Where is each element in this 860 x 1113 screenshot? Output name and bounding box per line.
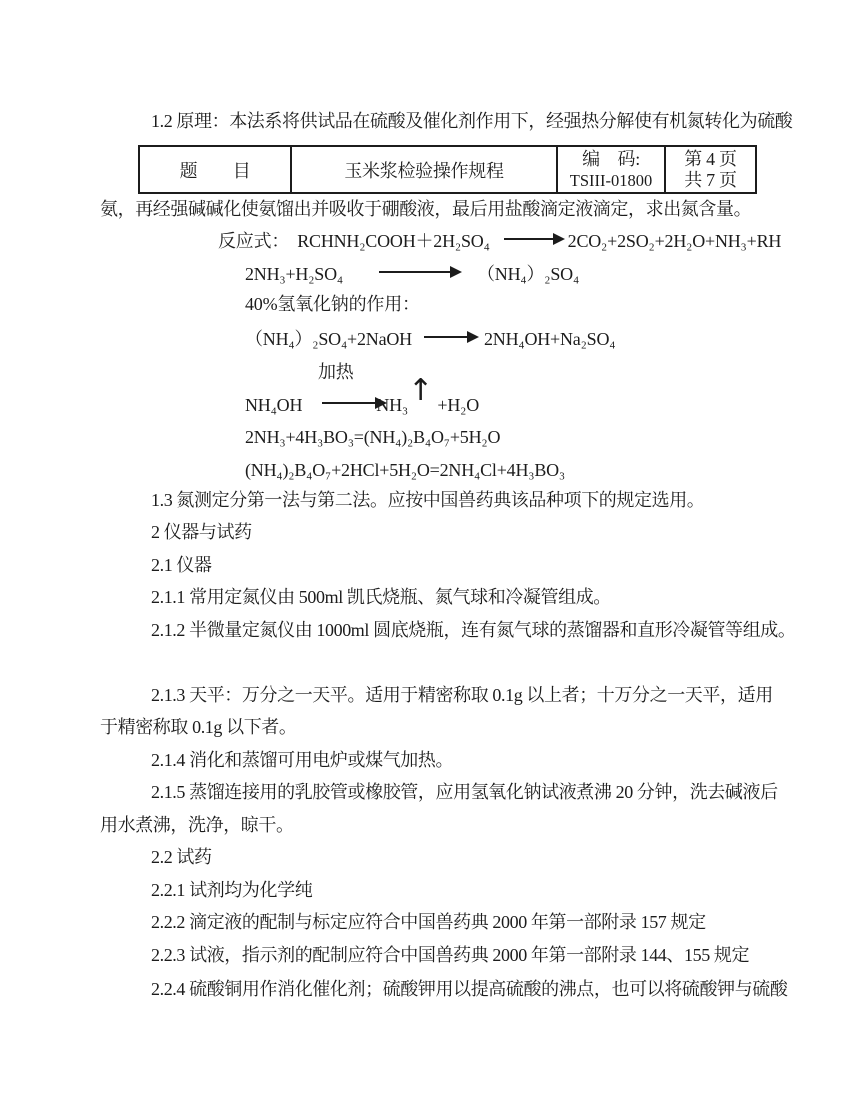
- formula-2-rhs: （NH₄）₂SO₄: [477, 263, 579, 285]
- formula-4-rhs-b: +H₂O: [437, 394, 479, 416]
- section-2-1-2: 2.1.2 半微量定氮仪由 1000ml 圆底烧瓶，连有氮气球的蒸馏器和直形冷凝…: [151, 619, 796, 641]
- naoh-note: 40%氢氧化钠的作用：: [245, 294, 420, 314]
- formula-5-text: 2NH₃+4H₃BO₃=(NH₄)₂B₄O₇+5H₂O: [245, 427, 500, 447]
- header-title-label: 题 目: [180, 161, 251, 181]
- reaction-arrow-icon: [322, 402, 376, 404]
- section-1-3: 1.3 氮测定分第一法与第二法。应按中国兽药典该品种项下的规定选用。: [151, 489, 704, 511]
- principle-line-1: 1.2 原理：本法系将供试品在硫酸及催化剂作用下，经强热分解使有机氮转化为硫酸: [151, 110, 792, 132]
- formula-2-lhs: 2NH₃+H₂SO₄: [245, 263, 343, 285]
- code-value: TSIII-01800: [558, 170, 664, 191]
- section-2-1-4: 2.1.4 消化和蒸馏可用电炉或煤气加热。: [151, 749, 453, 771]
- code-label: 编 码:: [558, 149, 664, 170]
- formula-6-text: (NH₄)₂B₄O₇+2HCl+5H₂O=2NH₄Cl+4H₃BO₃: [245, 460, 565, 480]
- formula-3-rhs: 2NH₄OH+Na₂SO₄: [484, 328, 615, 350]
- section-2-2-heading: 2.2 试药: [151, 846, 212, 868]
- document-title: 玉米浆检验操作规程: [344, 161, 503, 181]
- section-2-2-3: 2.2.3 试液，指示剂的配制应符合中国兽药典 2000 年第一部附录 144、…: [151, 944, 749, 966]
- page-number: 第 4 页: [666, 149, 755, 170]
- header-page-cell: 第 4 页 共 7 页: [665, 146, 756, 193]
- section-2-2-2: 2.2.2 滴定液的配制与标定应符合中国兽药典 2000 年第一部附录 157 …: [151, 911, 706, 933]
- header-title-cell: 玉米浆检验操作规程: [291, 146, 557, 193]
- section-2-2-1: 2.2.1 试剂均为化学纯: [151, 879, 312, 901]
- page-total: 共 7 页: [666, 170, 755, 191]
- formula-4-lhs: NH₄OH: [245, 394, 302, 416]
- section-2-1-heading: 2.1 仪器: [151, 554, 212, 576]
- section-2-1-3-line-2: 于精密称取 0.1g 以下者。: [100, 716, 297, 738]
- reaction-formula-4: NH₄OHNH₃↑ +H₂O: [245, 392, 479, 416]
- document-header-table: 题 目 玉米浆检验操作规程 编 码: TSIII-01800 第 4 页 共 7…: [138, 145, 757, 194]
- reaction-formula-2: 2NH₃+H₂SO₄（NH₄）₂SO₄: [245, 261, 579, 285]
- formula-3-lhs: （NH₄）₂SO₄+2NaOH: [245, 328, 412, 350]
- reaction-formula-5: 2NH₃+4H₃BO₃=(NH₄)₂B₄O₇+5H₂O: [245, 426, 500, 448]
- section-2-1-1: 2.1.1 常用定氮仪由 500ml 凯氏烧瓶、氮气球和冷凝管组成。: [151, 586, 611, 608]
- reaction-arrow-icon: [379, 271, 451, 273]
- reaction-arrow-icon: [504, 238, 554, 240]
- reaction-formula-1: 反应式：RCHNH₂COOH＋2H₂SO₄2CO₂+2SO₂+2H₂O+NH₃+…: [218, 228, 781, 252]
- header-code-cell: 编 码: TSIII-01800: [557, 146, 665, 193]
- reaction-formula-3: （NH₄）₂SO₄+2NaOH2NH₄OH+Na₂SO₄: [245, 326, 615, 350]
- section-2-1-3-line-1: 2.1.3 天平：万分之一天平。适用于精密称取 0.1g 以上者；十万分之一天平…: [151, 684, 773, 706]
- section-2-1-5-line-1: 2.1.5 蒸馏连接用的乳胶管或橡胶管，应用氢氧化钠试液煮沸 20 分钟，洗去碱…: [151, 781, 778, 803]
- section-2-heading: 2 仪器与试药: [151, 521, 252, 543]
- section-2-1-5-line-2: 用水煮沸，洗净，晾干。: [100, 814, 294, 836]
- section-2-2-4: 2.2.4 硫酸铜用作消化催化剂；硫酸钾用以提高硫酸的沸点，也可以将硫酸钾与硫酸: [151, 978, 788, 1000]
- reaction-label: 反应式：: [218, 230, 289, 252]
- header-row: 题 目 玉米浆检验操作规程 编 码: TSIII-01800 第 4 页 共 7…: [139, 146, 756, 193]
- naoh-note-line: 40%氢氧化钠的作用：: [245, 293, 420, 315]
- document-page: 1.2 原理：本法系将供试品在硫酸及催化剂作用下，经强热分解使有机氮转化为硫酸 …: [0, 0, 860, 1113]
- reaction-arrow-icon: [424, 336, 468, 338]
- formula-1-lhs: RCHNH₂COOH＋2H₂SO₄: [297, 230, 489, 252]
- heat-label: 加热: [318, 362, 354, 382]
- heat-label-line: 加热: [318, 361, 354, 383]
- principle-line-2: 氨，再经强碱碱化使氨馏出并吸收于硼酸液，最后用盐酸滴定液滴定，求出氮含量。: [100, 198, 751, 220]
- reaction-formula-6: (NH₄)₂B₄O₇+2HCl+5H₂O=2NH₄Cl+4H₃BO₃: [245, 459, 565, 481]
- header-title-label-cell: 题 目: [139, 146, 291, 193]
- formula-1-rhs: 2CO₂+2SO₂+2H₂O+NH₃+RH: [568, 230, 782, 252]
